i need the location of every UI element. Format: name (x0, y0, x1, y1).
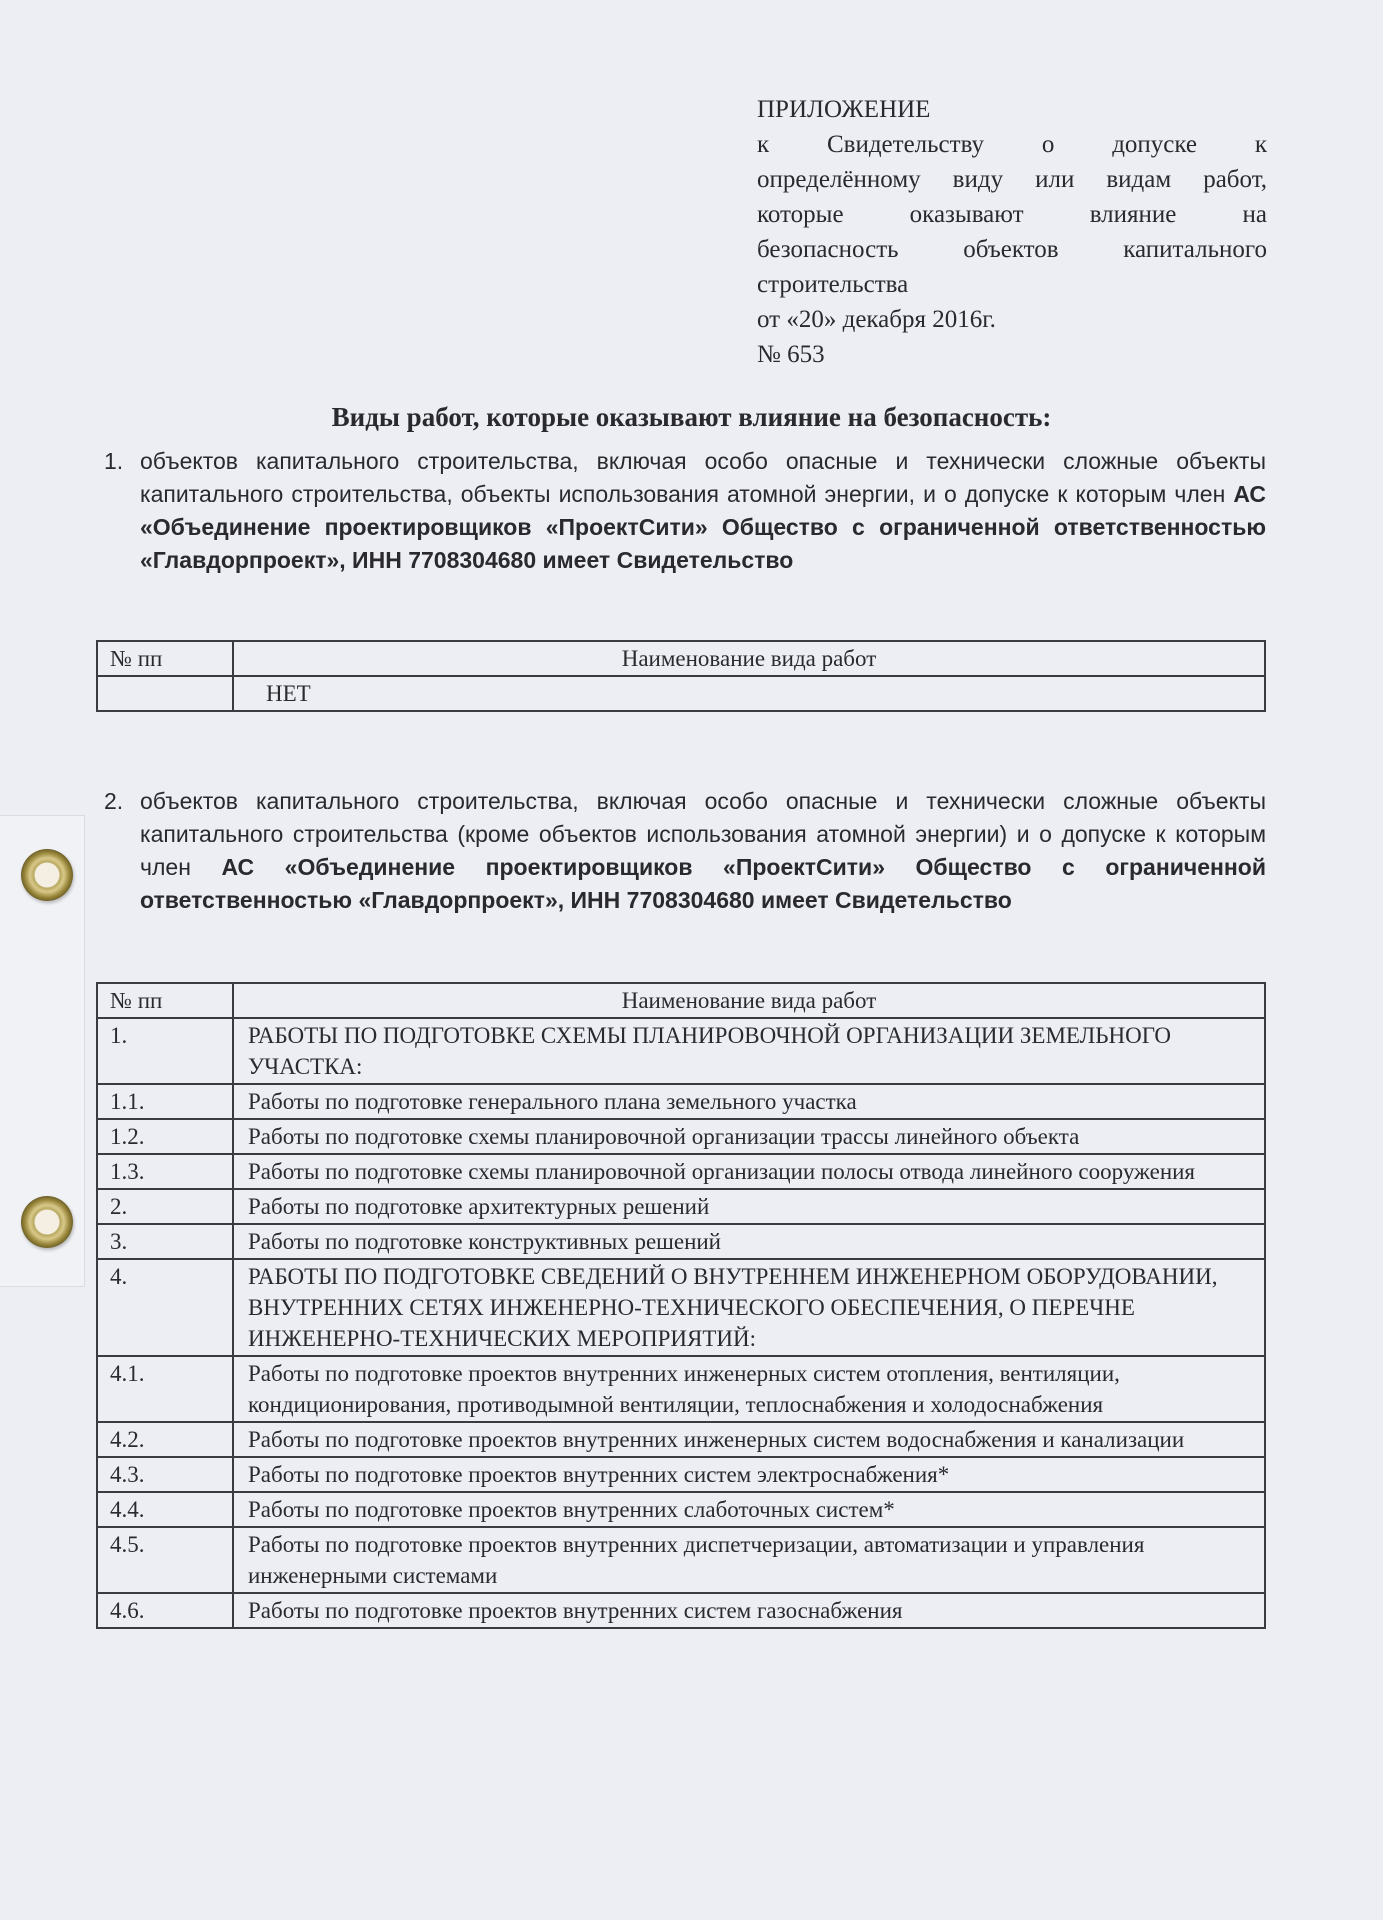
row-name: РАБОТЫ ПО ПОДГОТОВКЕ СХЕМЫ ПЛАНИРОВОЧНОЙ… (233, 1018, 1265, 1084)
row-number (97, 676, 233, 711)
table-row: 1.РАБОТЫ ПО ПОДГОТОВКЕ СХЕМЫ ПЛАНИРОВОЧН… (97, 1018, 1265, 1084)
works-table-2: № пп Наименование вида работ 1.РАБОТЫ ПО… (96, 982, 1266, 1629)
section-member-name: АС «Объединение проектировщиков «ПроектС… (140, 854, 1266, 913)
column-header-number: № пп (97, 641, 233, 676)
row-number: 4.3. (97, 1457, 233, 1492)
section-number: 1. (104, 445, 123, 478)
works-table-1: № пп Наименование вида работ НЕТ (96, 640, 1266, 712)
row-number: 3. (97, 1224, 233, 1259)
row-name: Работы по подготовке схемы планировочной… (233, 1119, 1265, 1154)
column-header-number: № пп (97, 983, 233, 1018)
row-number: 1.1. (97, 1084, 233, 1119)
grommet-bottom (21, 1196, 73, 1248)
appendix-line: к Свидетельству о допуске к (757, 127, 1267, 162)
row-name: Работы по подготовке архитектурных решен… (233, 1189, 1265, 1224)
row-number: 4.4. (97, 1492, 233, 1527)
section-2-text: 2. объектов капитального строительства, … (140, 785, 1266, 917)
table-header-row: № пп Наименование вида работ (97, 983, 1265, 1018)
row-number: 4. (97, 1259, 233, 1356)
section-text: объектов капитального строительства, вкл… (140, 448, 1266, 507)
appendix-line: определённому виду или видам работ, (757, 162, 1267, 197)
row-name: Работы по подготовке проектов внутренних… (233, 1457, 1265, 1492)
table-row: 4.1.Работы по подготовке проектов внутре… (97, 1356, 1265, 1422)
table-row: 4.РАБОТЫ ПО ПОДГОТОВКЕ СВЕДЕНИЙ О ВНУТРЕ… (97, 1259, 1265, 1356)
appendix-date: от «20» декабря 2016г. (757, 302, 1267, 337)
table-row: 1.3.Работы по подготовке схемы планирово… (97, 1154, 1265, 1189)
appendix-line: безопасность объектов капитального (757, 232, 1267, 267)
table-row: 4.5.Работы по подготовке проектов внутре… (97, 1527, 1265, 1593)
page-title: Виды работ, которые оказывают влияние на… (0, 402, 1383, 433)
appendix-block: ПРИЛОЖЕНИЕ к Свидетельству о допуске к о… (757, 92, 1267, 372)
row-number: 2. (97, 1189, 233, 1224)
row-name: Работы по подготовке проектов внутренних… (233, 1527, 1265, 1593)
row-name: Работы по подготовке проектов внутренних… (233, 1422, 1265, 1457)
row-number: 1.2. (97, 1119, 233, 1154)
table-header-row: № пп Наименование вида работ (97, 641, 1265, 676)
column-header-name: Наименование вида работ (233, 641, 1265, 676)
table-row: 4.6.Работы по подготовке проектов внутре… (97, 1593, 1265, 1628)
column-header-name: Наименование вида работ (233, 983, 1265, 1018)
row-number: 1. (97, 1018, 233, 1084)
appendix-line: строительства (757, 267, 1267, 302)
table-row: 4.2.Работы по подготовке проектов внутре… (97, 1422, 1265, 1457)
appendix-number: № 653 (757, 337, 1267, 372)
section-number: 2. (104, 785, 123, 818)
table-row: 3.Работы по подготовке конструктивных ре… (97, 1224, 1265, 1259)
row-name: НЕТ (233, 676, 1265, 711)
row-number: 4.2. (97, 1422, 233, 1457)
row-name: Работы по подготовке конструктивных реше… (233, 1224, 1265, 1259)
table-row: 4.4.Работы по подготовке проектов внутре… (97, 1492, 1265, 1527)
table-row: 1.2.Работы по подготовке схемы планирово… (97, 1119, 1265, 1154)
table-row: 4.3.Работы по подготовке проектов внутре… (97, 1457, 1265, 1492)
row-number: 4.5. (97, 1527, 233, 1593)
table-row: 2.Работы по подготовке архитектурных реш… (97, 1189, 1265, 1224)
appendix-line: которые оказывают влияние на (757, 197, 1267, 232)
table-row: НЕТ (97, 676, 1265, 711)
row-number: 4.6. (97, 1593, 233, 1628)
row-name: Работы по подготовке генерального плана … (233, 1084, 1265, 1119)
row-number: 1.3. (97, 1154, 233, 1189)
appendix-title: ПРИЛОЖЕНИЕ (757, 92, 1267, 127)
row-name: Работы по подготовке проектов внутренних… (233, 1492, 1265, 1527)
grommet-top (21, 849, 73, 901)
row-name: Работы по подготовке проектов внутренних… (233, 1593, 1265, 1628)
row-number: 4.1. (97, 1356, 233, 1422)
row-name: РАБОТЫ ПО ПОДГОТОВКЕ СВЕДЕНИЙ О ВНУТРЕНН… (233, 1259, 1265, 1356)
table-row: 1.1.Работы по подготовке генерального пл… (97, 1084, 1265, 1119)
row-name: Работы по подготовке схемы планировочной… (233, 1154, 1265, 1189)
section-1-text: 1. объектов капитального строительства, … (140, 445, 1266, 577)
row-name: Работы по подготовке проектов внутренних… (233, 1356, 1265, 1422)
